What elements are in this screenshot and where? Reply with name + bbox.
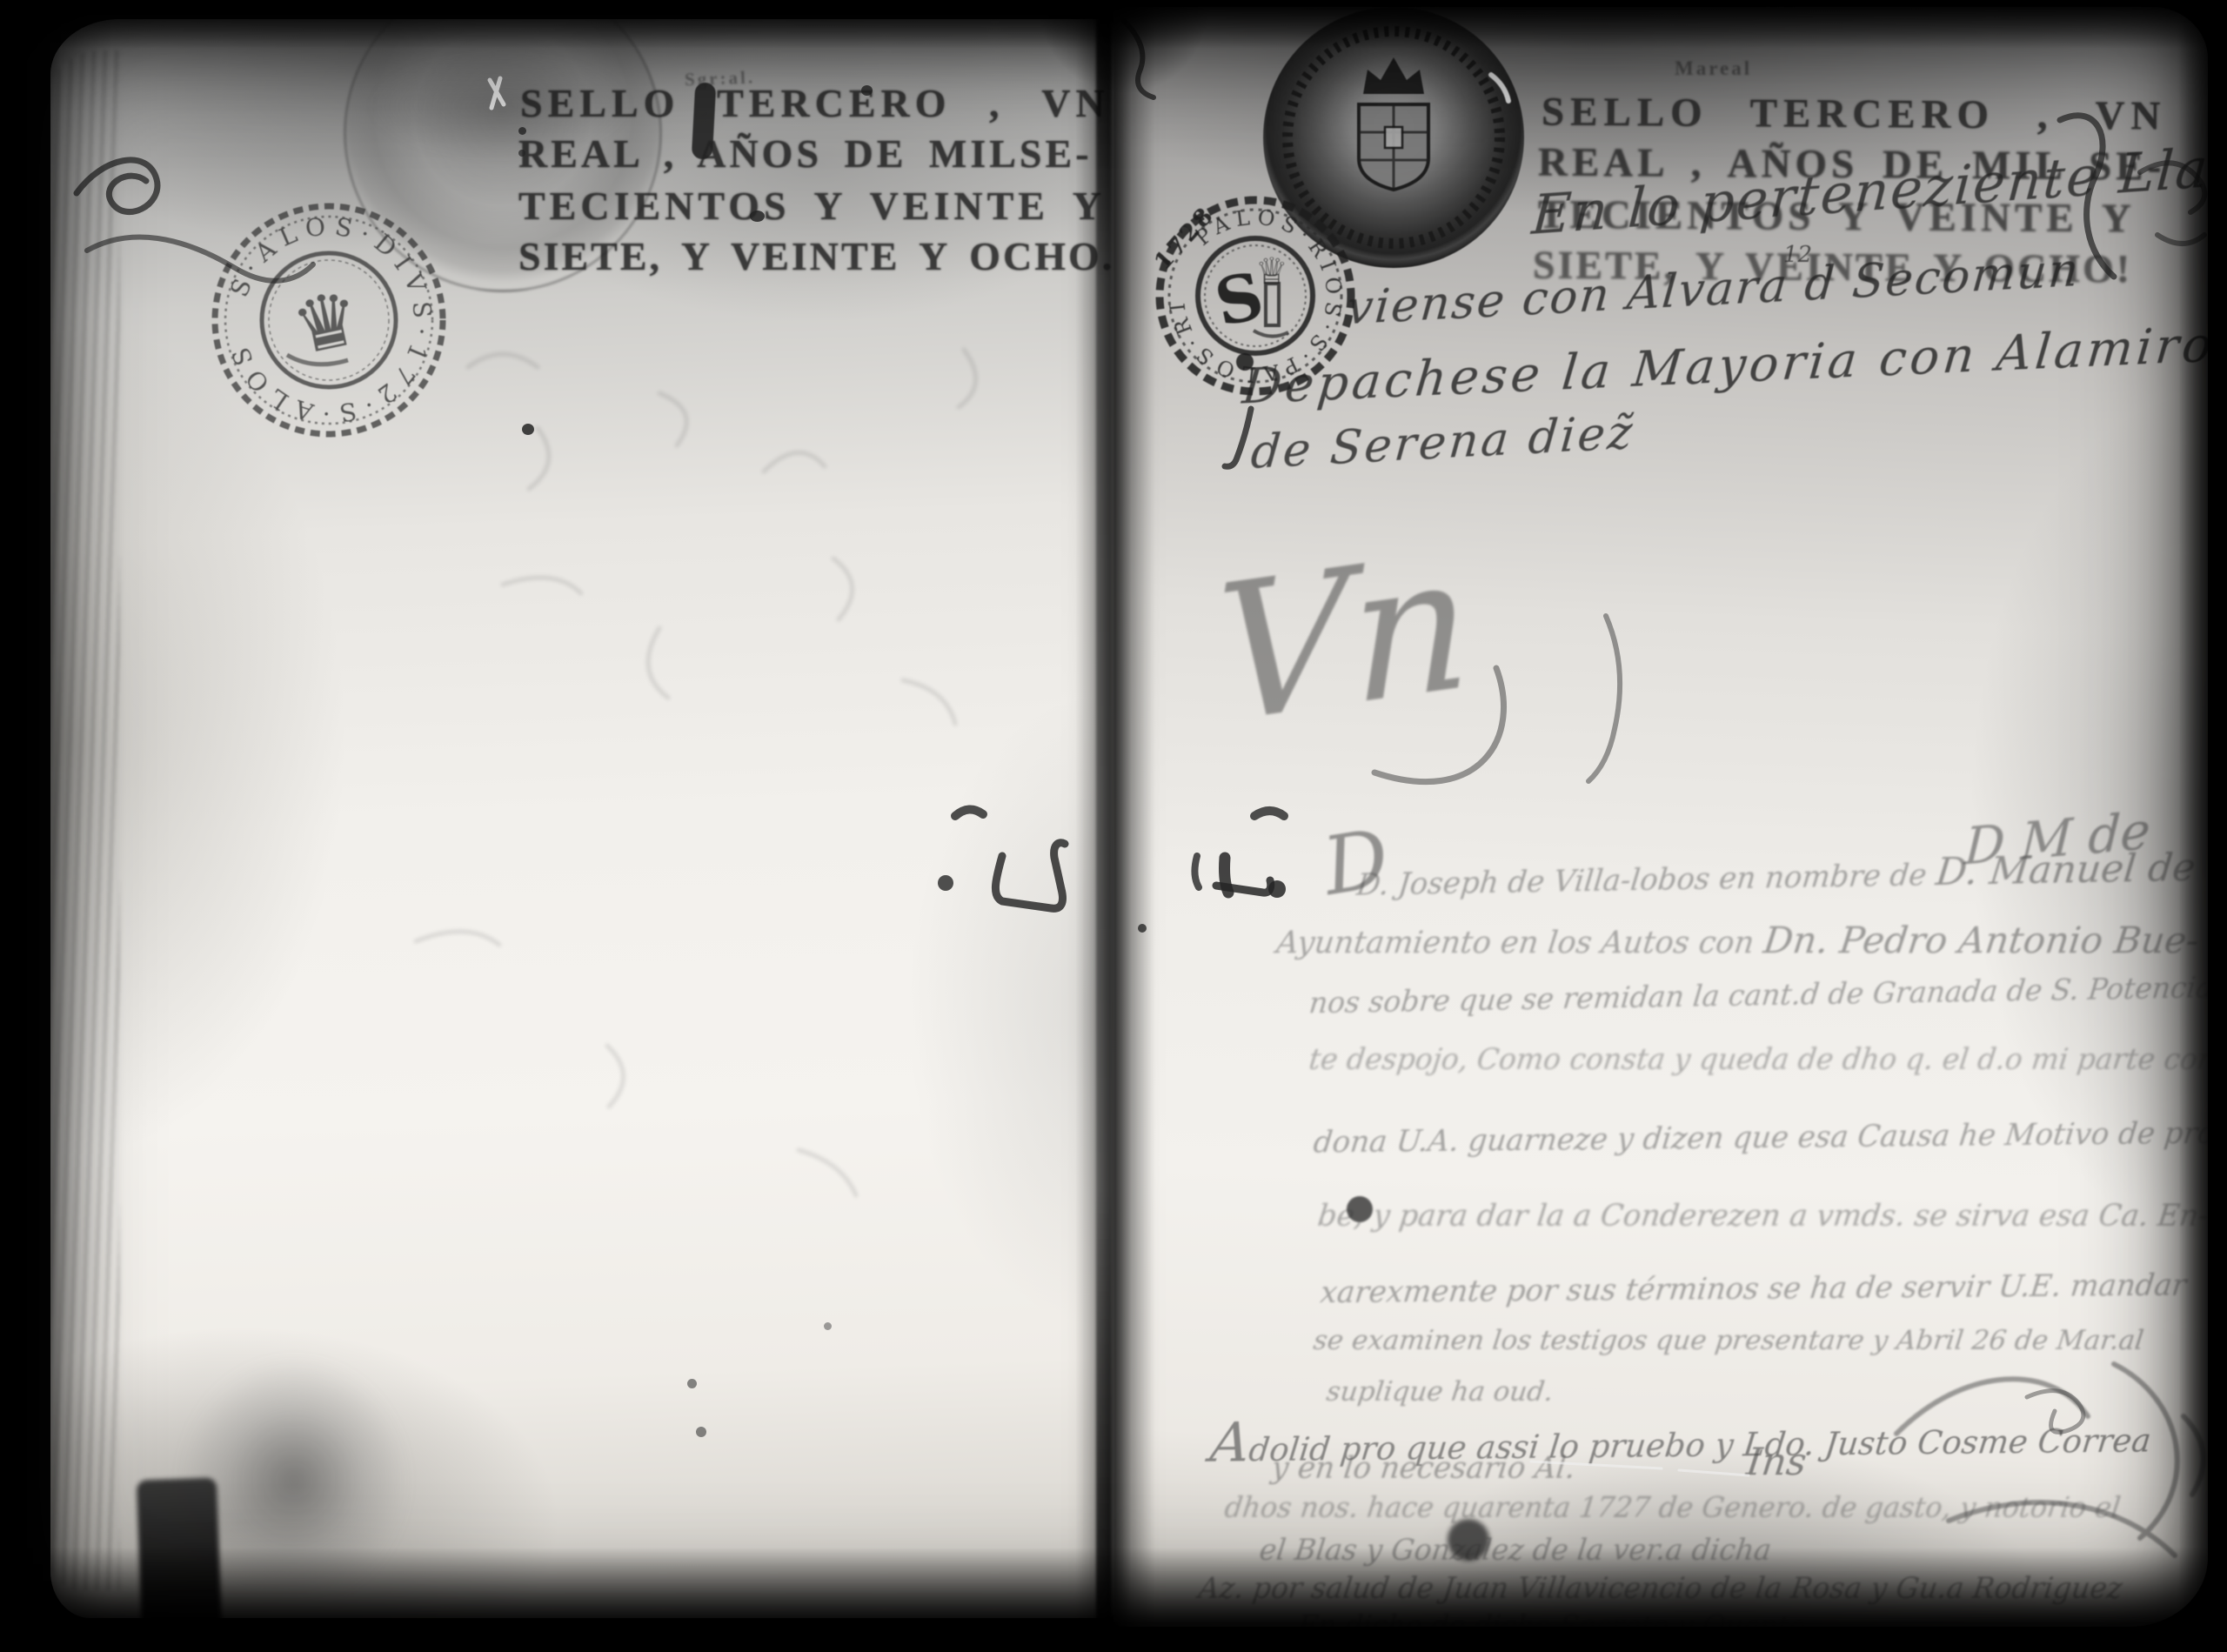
photo-right-shadow xyxy=(2178,0,2227,1652)
right-page-ink-flourishes xyxy=(1113,7,2208,1627)
photo-top-shadow xyxy=(0,0,2227,49)
photo-bottom-shadow xyxy=(0,1548,2227,1652)
left-page-ink-flourishes xyxy=(50,19,1113,1618)
photograph-of-manuscript-spread: S·ALOS·DIVS·172·S·ALOS ♛ Sgr:al. SELLO T… xyxy=(0,0,2227,1652)
left-page: S·ALOS·DIVS·172·S·ALOS ♛ Sgr:al. SELLO T… xyxy=(50,19,1113,1618)
right-page: PALOS·RIOS·S·PALOS·RIOS 1728 S ♕ Mareal … xyxy=(1113,7,2208,1627)
book-gutter-shadow xyxy=(1075,0,1155,1652)
photo-left-shadow xyxy=(0,0,61,1652)
book-gutter-fold-line xyxy=(1096,0,1112,1652)
